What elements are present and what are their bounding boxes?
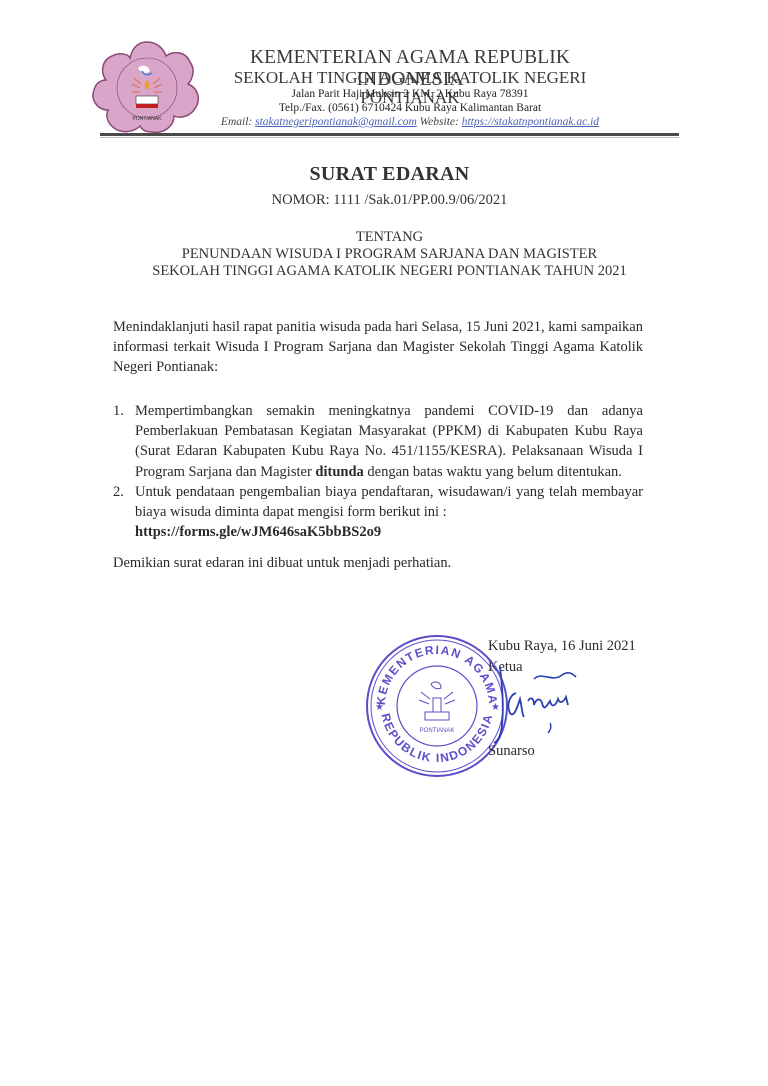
list-item: 2. Untuk pendataan pengembalian biaya pe… [113,482,643,543]
list-item: 1. Mempertimbangkan semakin meningkatnya… [113,401,643,482]
subject-line-2: SEKOLAH TINGGI AGAMA KATOLIK NEGERI PONT… [100,263,679,280]
email-link[interactable]: stakatnegeripontianak@gmail.com [255,116,417,128]
institution-logo: PONTIANAK [88,38,206,138]
header-divider [100,133,679,136]
header-divider-thin [100,137,679,138]
item-number: 1. [113,401,124,421]
svg-text:PONTIANAK: PONTIANAK [420,728,455,734]
document-title: SURAT EDARAN [100,163,679,186]
website-link[interactable]: https://stakatnpontianak.ac.id [462,116,599,128]
signer-name: Sunarso [488,743,535,760]
document-number: NOMOR: 1111 /Sak.01/PP.00.9/06/2021 [100,192,679,209]
phone: Telp./Fax. (0561) 6710424 Kubu Raya Kali… [200,102,620,114]
svg-text:★: ★ [375,702,384,713]
item-number: 2. [113,482,124,502]
closing-paragraph: Demikian surat edaran ini dibuat untuk m… [113,555,451,572]
svg-text:PONTIANAK: PONTIANAK [133,116,163,122]
contact-line: Email: stakatnegeripontianak@gmail.com W… [200,116,620,128]
item-bold-text: ditunda [315,464,363,480]
item-list: 1. Mempertimbangkan semakin meningkatnya… [113,401,643,542]
item-text-after: dengan batas waktu yang belum ditentukan… [364,464,622,480]
address: Jalan Parit Haji Muksin 2 KM. 2 Kubu Ray… [200,88,620,100]
intro-paragraph: Menindaklanjuti hasil rapat panitia wisu… [113,317,643,378]
about-label: TENTANG [100,229,679,246]
form-link[interactable]: https://forms.gle/wJM646saK5bbBS2o9 [135,524,381,540]
item-text: Untuk pendataan pengembalian biaya penda… [135,484,643,520]
website-label: Website: [420,116,459,128]
handwritten-signature [480,665,610,745]
email-label: Email: [221,116,252,128]
subject-line-1: PENUNDAAN WISUDA I PROGRAM SARJANA DAN M… [100,246,679,263]
